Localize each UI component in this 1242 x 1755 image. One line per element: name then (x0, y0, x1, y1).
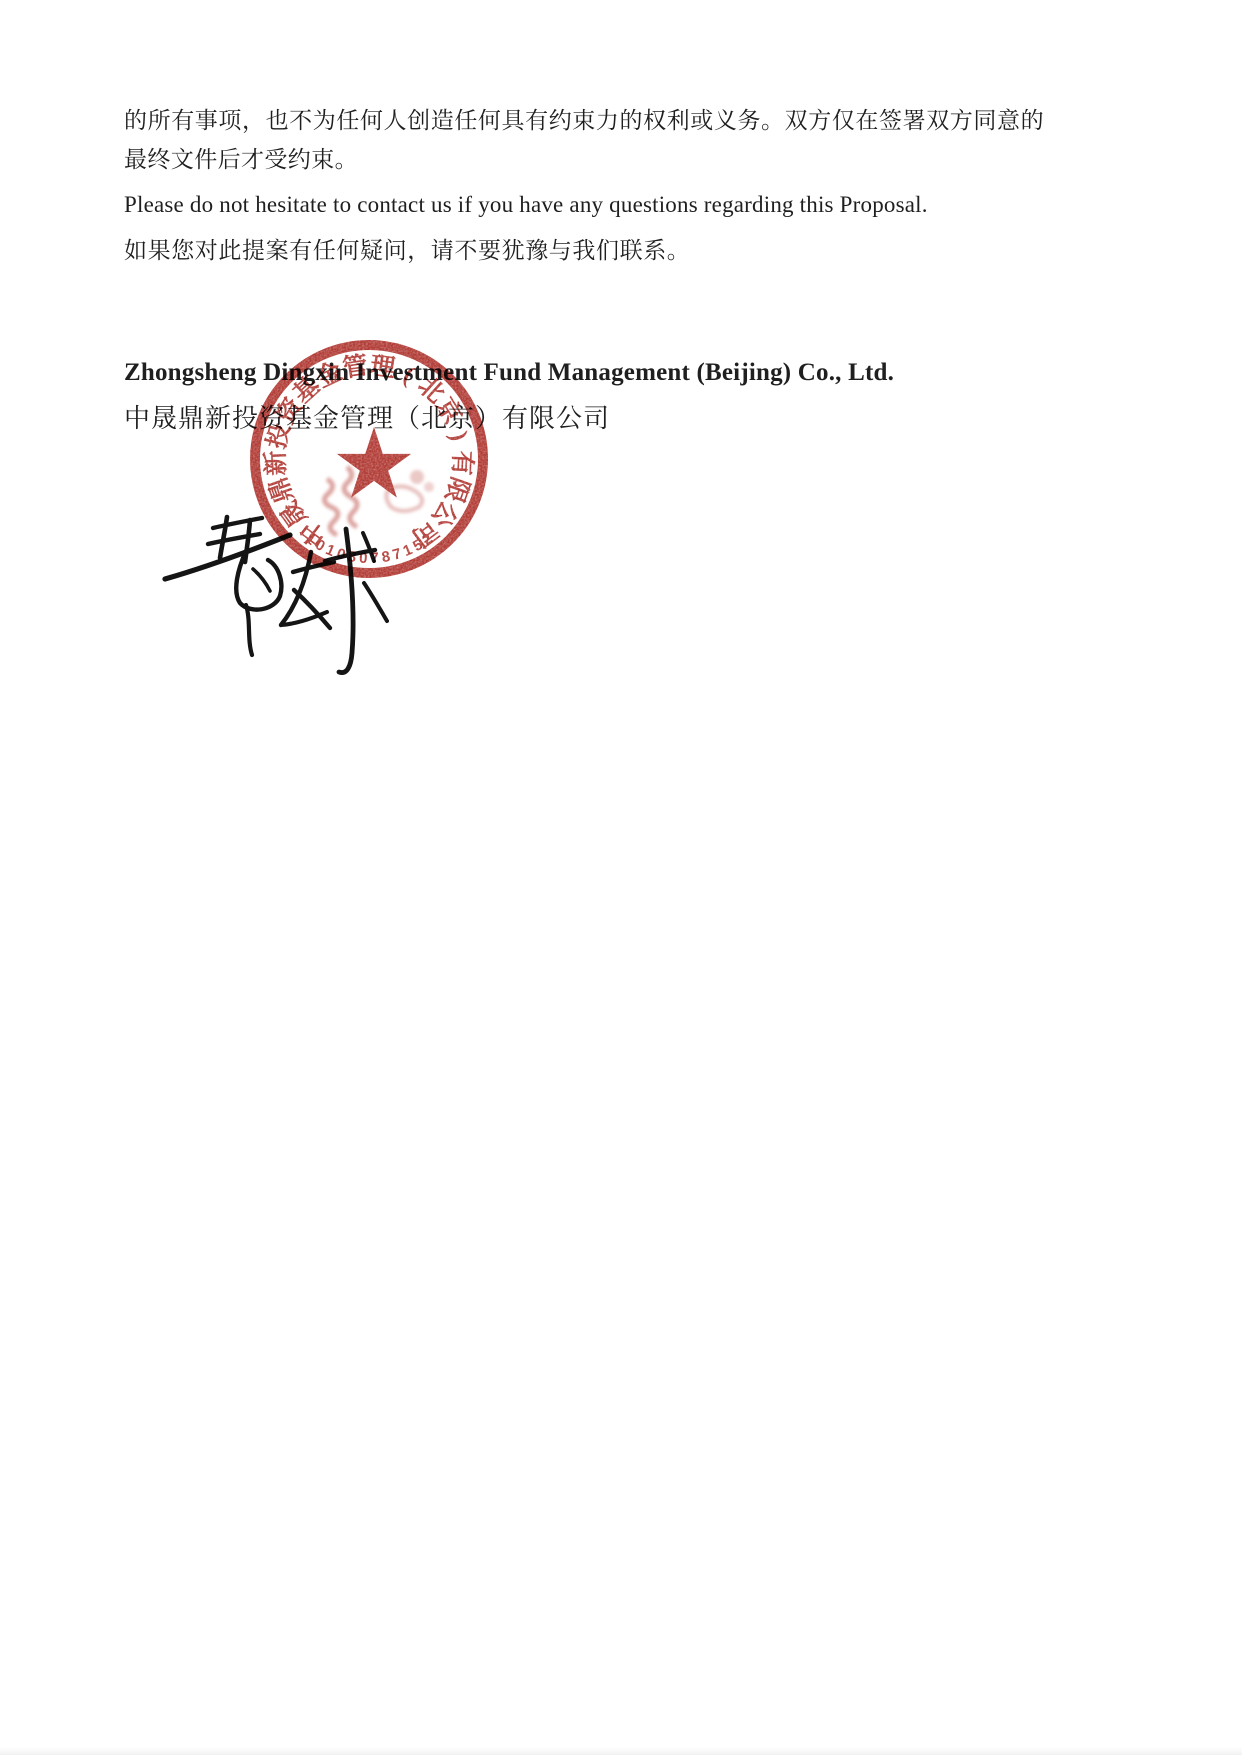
closing-paragraph: 的所有事项，也不为任何人创造任何具有约束力的权利或义务。双方仅在签署双方同意的最… (124, 101, 1044, 179)
signature-svg (150, 495, 400, 700)
scan-edge-shadow (0, 1747, 1242, 1755)
svg-text:新: 新 (261, 450, 291, 476)
document-page: 的所有事项，也不为任何人创造任何具有约束力的权利或义务。双方仅在签署双方同意的最… (0, 0, 1242, 1755)
signature-strokes (165, 517, 387, 673)
svg-text:理: 理 (368, 351, 398, 383)
handwritten-signature (150, 495, 400, 700)
contact-sentence-zh: 如果您对此提案有任何疑问，请不要犹豫与我们联系。 (124, 232, 690, 265)
contact-sentence-en: Please do not hesitate to contact us if … (124, 192, 928, 218)
svg-text:): ) (445, 429, 473, 444)
svg-text:有: 有 (447, 450, 476, 476)
svg-text:管: 管 (341, 350, 370, 382)
svg-text:(: ( (399, 361, 418, 389)
